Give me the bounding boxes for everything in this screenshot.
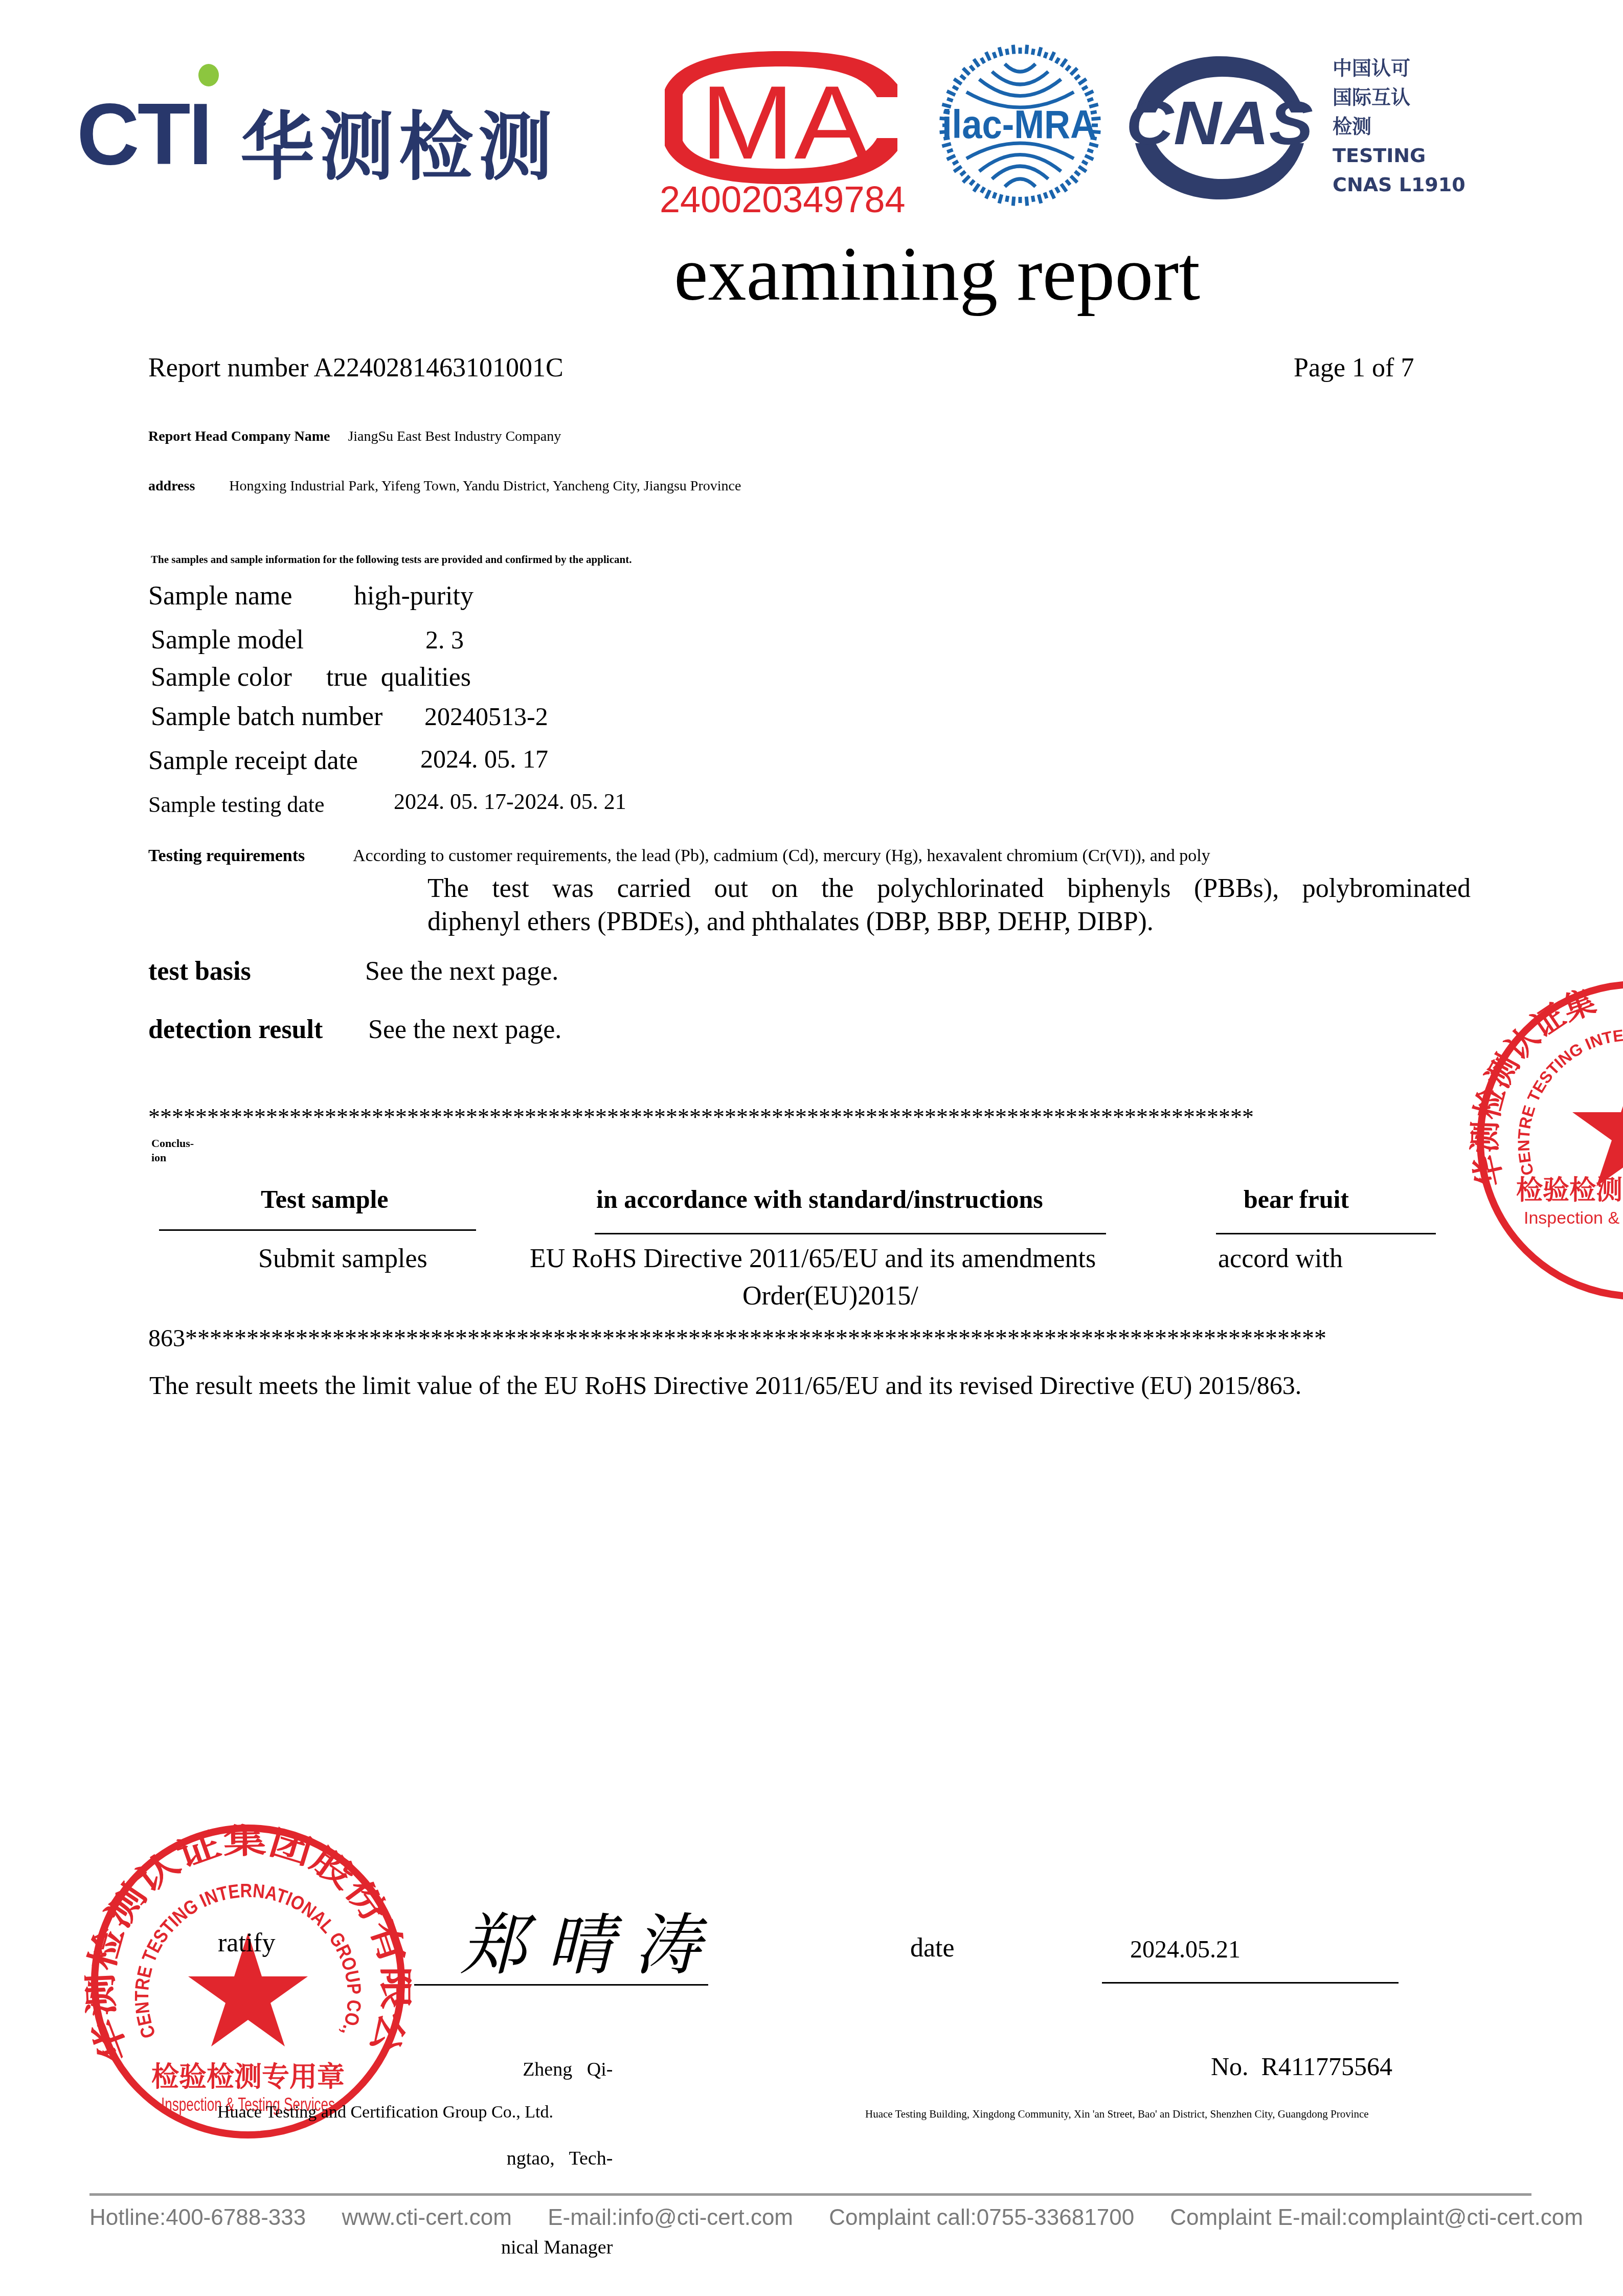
testing-requirements-label: Testing requirements xyxy=(148,846,305,866)
address-row: address Hongxing Industrial Park, Yifeng… xyxy=(148,478,741,494)
testing-requirements-line1: According to customer requirements, the … xyxy=(353,846,1210,866)
company-label: Report Head Company Name xyxy=(148,429,330,444)
page-indicator: Page 1 of 7 xyxy=(1294,353,1414,383)
footer-website[interactable]: www.cti-cert.com xyxy=(342,2205,511,2230)
column-underline xyxy=(159,1229,476,1231)
address-value: Hongxing Industrial Park, Yifeng Town, Y… xyxy=(229,478,741,494)
company-row: Report Head Company Name JiangSu East Be… xyxy=(148,429,561,445)
row-standard-line2: Order(EU)2015/ xyxy=(742,1281,918,1311)
conclusion-label-line1: Conclus- xyxy=(151,1136,194,1151)
report-number-row: Report number A2240281463101001C xyxy=(148,353,563,383)
cnas-line: CNAS L1910 xyxy=(1333,170,1486,199)
detection-result-label: detection result xyxy=(148,1015,323,1045)
document-title: examining report xyxy=(674,230,1200,318)
cti-logo-chinese: 华测检测 xyxy=(240,88,557,194)
stars-divider-bottom: 863*************************************… xyxy=(148,1324,1437,1353)
applicant-note: The samples and sample information for t… xyxy=(151,553,632,566)
row-result: accord with xyxy=(1218,1244,1343,1274)
test-basis-value: See the next page. xyxy=(365,956,558,986)
signer-line: Zheng Qi- xyxy=(501,2055,613,2084)
test-basis-label: test basis xyxy=(148,956,251,986)
svg-text:Inspection & T: Inspection & T xyxy=(1524,1208,1623,1228)
date-value: 2024.05.21 xyxy=(1130,1935,1241,1964)
sample-model-label: Sample model xyxy=(151,625,304,655)
report-number-label: Report number xyxy=(148,353,308,382)
conclusion-summary: The result meets the limit value of the … xyxy=(149,1370,1301,1400)
cnas-line: 国际互认 xyxy=(1333,83,1486,112)
row-test-sample: Submit samples xyxy=(258,1244,427,1274)
stars-divider-top: ****************************************… xyxy=(148,1104,1473,1131)
detection-result-value: See the next page. xyxy=(368,1015,561,1045)
column-underline xyxy=(595,1233,1106,1234)
conclusion-label: Conclus- ion xyxy=(151,1136,194,1165)
cnas-logo: CNAS xyxy=(1125,56,1314,199)
testing-requirements-line3: diphenyl ethers (PBDEs), and phthalates … xyxy=(427,907,1154,937)
cnas-accreditation-text: 中国认可 国际互认 检测 TESTING CNAS L1910 xyxy=(1333,54,1486,199)
report-number-value: A2240281463101001C xyxy=(314,353,563,382)
cti-logo-dot xyxy=(198,64,219,86)
svg-text:CNAS: CNAS xyxy=(1126,89,1313,157)
footer-complaint-email[interactable]: Complaint E-mail:complaint@cti-cert.com xyxy=(1170,2205,1583,2230)
issuer-company: Huace Testing and Certification Group Co… xyxy=(217,2103,553,2122)
sample-name-label: Sample name xyxy=(148,581,292,611)
cnas-line: TESTING xyxy=(1333,141,1486,170)
company-value: JiangSu East Best Industry Company xyxy=(348,429,561,444)
date-line xyxy=(1102,1982,1399,1984)
sample-testing-value: 2024. 05. 17-2024. 05. 21 xyxy=(394,789,626,815)
footer-hotline: Hotline:400-6788-333 xyxy=(89,2205,306,2230)
sample-batch-value: 20240513-2 xyxy=(424,702,548,731)
column-header-standard: in accordance with standard/instructions xyxy=(596,1184,1043,1214)
signer-line: ngtao, Tech- xyxy=(501,2144,613,2173)
cma-number: 240020349784 xyxy=(660,179,906,221)
official-stamp: 华测检测认证集团股份有限公司 CENTRE TESTING INTERNATIO… xyxy=(84,1820,412,2143)
footer-email[interactable]: E-mail:info@cti-cert.com xyxy=(548,2205,793,2230)
svg-text:MA: MA xyxy=(701,64,869,181)
address-label: address xyxy=(148,478,195,494)
serial-number: No. R411775564 xyxy=(1211,2052,1392,2081)
svg-text:ilac-MRA: ilac-MRA xyxy=(942,102,1096,147)
ilac-mra-logo: ilac-MRA xyxy=(936,41,1104,210)
sample-receipt-label: Sample receipt date xyxy=(148,746,358,776)
svg-text:检验检测: 检验检测 xyxy=(1516,1175,1622,1206)
issuer-address: Huace Testing Building, Xingdong Communi… xyxy=(865,2108,1369,2121)
cma-logo: MA xyxy=(657,49,908,187)
svg-text:检验检测专用章: 检验检测专用章 xyxy=(151,2061,345,2093)
signature-line xyxy=(414,1984,708,1986)
column-header-test-sample: Test sample xyxy=(261,1184,389,1214)
signer-line: nical Manager xyxy=(501,2233,613,2262)
signature: 郑晴涛 xyxy=(460,1892,721,1988)
sample-testing-label: Sample testing date xyxy=(148,792,325,818)
sample-batch-label: Sample batch number xyxy=(151,702,382,732)
column-header-result: bear fruit xyxy=(1244,1184,1349,1214)
sample-name-value: high-purity xyxy=(354,581,474,611)
sample-color-label: Sample color xyxy=(151,662,292,692)
ratify-label: ratify xyxy=(218,1928,276,1958)
official-stamp-partial: 检验检测 Inspection & T 华测检测认证集 CENTRE TESTI… xyxy=(1468,979,1623,1301)
cnas-line: 中国认可 xyxy=(1333,54,1486,83)
testing-requirements-line2: The test was carried out on the polychlo… xyxy=(427,873,1471,904)
footer-complaint-call: Complaint call:0755-33681700 xyxy=(829,2205,1134,2230)
cti-logo-brand: CTI xyxy=(77,84,211,185)
sample-model-value: 2. 3 xyxy=(425,625,464,655)
footer-divider xyxy=(89,2193,1531,2196)
sample-receipt-value: 2024. 05. 17 xyxy=(420,744,548,774)
signer-name: Zheng Qi- ngtao, Tech- nical Manager xyxy=(501,1995,613,2292)
sample-color-value: true qualities xyxy=(326,662,471,692)
footer-contacts: Hotline:400-6788-333 www.cti-cert.com E-… xyxy=(89,2205,1613,2231)
date-label: date xyxy=(910,1933,955,1963)
cnas-line: 检测 xyxy=(1333,112,1486,141)
column-underline xyxy=(1216,1233,1436,1234)
row-standard-line1: EU RoHS Directive 2011/65/EU and its ame… xyxy=(530,1244,1096,1274)
conclusion-label-line2: ion xyxy=(151,1151,194,1165)
